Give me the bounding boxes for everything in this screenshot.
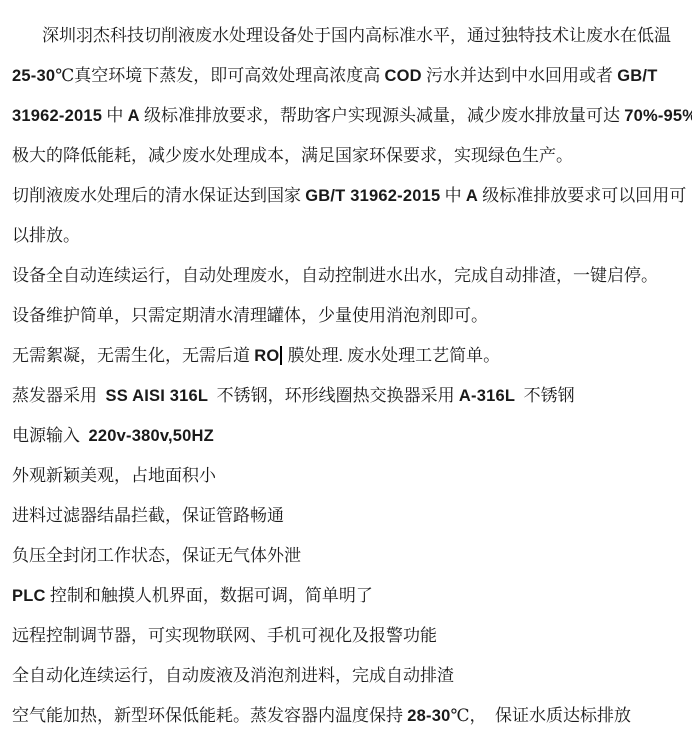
text-line[interactable]: 极大的降低能耗，减少废水处理成本，满足国家环保要求，实现绿色生产。: [12, 136, 692, 176]
text-run: 负压全封闭工作状态，保证无气体外泄: [12, 546, 301, 565]
text-run: A: [466, 187, 478, 205]
text-run: 控制和触摸人机界面，数据可调，简单明了: [46, 586, 373, 605]
text-run: 以排放。: [12, 226, 80, 245]
text-run: 全自动化连续运行，自动废液及消泡剂进料，完成自动排渣: [12, 666, 454, 685]
text-run: 设备全自动连续运行，自动处理废水，自动控制进水出水，完成自动排渣，一键启停。: [12, 266, 658, 285]
text-run: 空气能加热，新型环保低能耗。蒸发容器内温度保持: [12, 706, 407, 725]
text-line[interactable]: 以排放。: [12, 216, 692, 256]
text-run: 28-30: [407, 707, 450, 725]
text-run: COD: [384, 67, 421, 85]
text-run: 远程控制调节器，可实现物联网、手机可视化及报警功能: [12, 626, 437, 645]
text-line[interactable]: 空气能加热，新型环保低能耗。蒸发容器内温度保持 28-30℃， 保证水质达标排放: [12, 696, 692, 730]
text-run: 电源输入: [12, 426, 89, 445]
text-run: 极大的降低能耗，减少废水处理成本，满足国家环保要求，实现绿色生产。: [12, 146, 573, 165]
text-run: A: [128, 107, 140, 125]
text-run: 不锈钢: [515, 386, 575, 405]
text-run: 不锈钢，环形线圈热交换器采用: [208, 386, 459, 405]
text-run: GB/T 31962-2015: [305, 187, 440, 205]
text-line[interactable]: 电源输入 220v-380v,50HZ: [12, 416, 692, 456]
text-run: 中: [440, 186, 466, 205]
text-line[interactable]: 31962-2015 中 A 级标准排放要求，帮助客户实现源头减量，减少废水排放…: [12, 96, 692, 136]
text-run: ℃真空环境下蒸发，即可高效处理高浓度高: [55, 66, 384, 85]
text-run: 级标准排放要求可以回用可: [478, 186, 686, 205]
text-line[interactable]: 外观新颖美观，占地面积小: [12, 456, 692, 496]
text-line[interactable]: PLC 控制和触摸人机界面，数据可调，简单明了: [12, 576, 692, 616]
text-line[interactable]: 负压全封闭工作状态，保证无气体外泄: [12, 536, 692, 576]
text-run: 污水并达到中水回用或者: [422, 66, 618, 85]
document-body: 深圳羽杰科技切削液废水处理设备处于国内高标准水平，通过独特技术让废水在低温25-…: [12, 16, 692, 730]
text-run: RO: [254, 347, 279, 365]
text-run: 进料过滤器结晶拦截，保证管路畅通: [12, 506, 284, 525]
text-run: 膜处理. 废水处理工艺简单。: [283, 346, 500, 365]
text-run: 中: [102, 106, 128, 125]
text-run: 220v-380v,50HZ: [89, 427, 214, 445]
text-line[interactable]: 设备维护简单，只需定期清水清理罐体，少量使用消泡剂即可。: [12, 296, 692, 336]
text-line[interactable]: 进料过滤器结晶拦截，保证管路畅通: [12, 496, 692, 536]
text-line[interactable]: 深圳羽杰科技切削液废水处理设备处于国内高标准水平，通过独特技术让废水在低温: [12, 16, 692, 56]
text-run: 70%-95%: [624, 107, 692, 125]
text-run: 切削液废水处理后的清水保证达到国家: [12, 186, 305, 205]
text-run: PLC: [12, 587, 46, 605]
text-line[interactable]: 切削液废水处理后的清水保证达到国家 GB/T 31962-2015 中 A 级标…: [12, 176, 692, 216]
text-run: A-316L: [459, 387, 515, 405]
text-run: 外观新颖美观，占地面积小: [12, 466, 216, 485]
text-run: ℃， 保证水质达标排放: [450, 706, 631, 725]
text-run: 无需絮凝，无需生化，无需后道: [12, 346, 254, 365]
text-run: 深圳羽杰科技切削液废水处理设备处于国内高标准水平，通过独特技术让废水在低温: [42, 26, 671, 45]
text-run: 设备维护简单，只需定期清水清理罐体，少量使用消泡剂即可。: [12, 306, 488, 325]
text-run: GB/T: [617, 67, 657, 85]
text-line[interactable]: 设备全自动连续运行，自动处理废水，自动控制进水出水，完成自动排渣，一键启停。: [12, 256, 692, 296]
text-line[interactable]: 远程控制调节器，可实现物联网、手机可视化及报警功能: [12, 616, 692, 656]
document-page[interactable]: 深圳羽杰科技切削液废水处理设备处于国内高标准水平，通过独特技术让废水在低温25-…: [0, 0, 698, 730]
text-run: 蒸发器采用: [12, 386, 106, 405]
text-run: SS AISI 316L: [106, 387, 209, 405]
text-run: 31962-2015: [12, 107, 102, 125]
text-run: 25-30: [12, 67, 55, 85]
text-run: 级标准排放要求，帮助客户实现源头减量，减少废水排放量可达: [140, 106, 625, 125]
text-line[interactable]: 全自动化连续运行，自动废液及消泡剂进料，完成自动排渣: [12, 656, 692, 696]
text-line[interactable]: 蒸发器采用 SS AISI 316L 不锈钢，环形线圈热交换器采用 A-316L…: [12, 376, 692, 416]
text-line[interactable]: 25-30℃真空环境下蒸发，即可高效处理高浓度高 COD 污水并达到中水回用或者…: [12, 56, 692, 96]
text-line[interactable]: 无需絮凝，无需生化，无需后道 RO 膜处理. 废水处理工艺简单。: [12, 336, 692, 376]
